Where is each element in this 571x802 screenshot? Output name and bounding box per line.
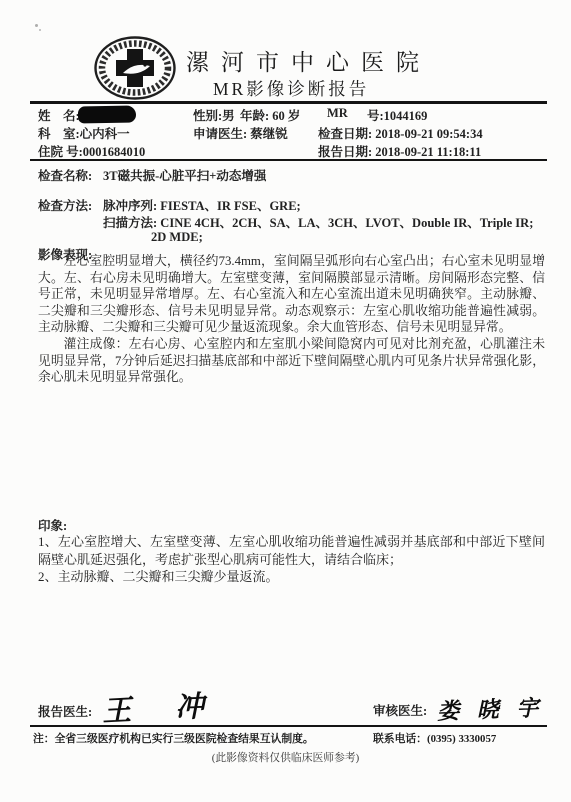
findings-paragraph-1: 左心室腔明显增大，横径约73.4mm，室间隔呈弧形向右心室凸出；右心室未见明显增…	[38, 253, 545, 336]
dept-value: 心内科一	[80, 127, 130, 141]
patient-name-label: 姓 名:	[38, 106, 80, 124]
impression-item: 2、主动脉瓣、二尖瓣和三尖瓣少量返流。	[38, 568, 545, 586]
gender-value: 男	[222, 109, 235, 123]
report-title: MR影像诊断报告	[213, 76, 369, 101]
pulse-sequence: 脉冲序列: FIESTA、IR FSE、GRE;	[103, 196, 301, 214]
exam-name-value: 3T磁共振-心脏平扫+动态增强	[103, 166, 266, 184]
phone-value: (0395) 3330057	[427, 733, 496, 745]
header-divider	[30, 101, 547, 104]
exam-name-label: 检查名称:	[38, 166, 92, 184]
exam-date-value: 2018-09-21 09:54:34	[375, 127, 482, 141]
patient-mr-number: 号:1044169	[367, 106, 427, 124]
findings-section: 左心室腔明显增大，横径约73.4mm，室间隔呈弧形向右心室凸出；右心室未见明显增…	[38, 253, 545, 386]
mr-report-page: 漯河市中心医院 MR影像诊断报告 姓 名: 性别:男 年龄: 60 岁 MR 号…	[0, 0, 571, 802]
age-value: 60	[272, 109, 285, 123]
report-date: 报告日期: 2018-09-21 11:18:11	[318, 142, 481, 160]
mr-no-label: 号:	[367, 109, 384, 123]
exam-date-label: 检查日期:	[318, 127, 372, 141]
phone-label: 联系电话：	[373, 733, 427, 745]
exam-method-label: 检查方法:	[38, 196, 92, 214]
hospital-seal-icon	[93, 35, 177, 101]
admission-value: 0001684010	[83, 145, 146, 159]
review-doctor-signature: 娄 晓 宇	[436, 691, 543, 726]
mr-label: MR	[327, 106, 348, 121]
patient-age: 年龄: 60 岁	[240, 106, 300, 124]
scan-artifact-dot	[39, 29, 41, 31]
patient-department: 科 室:心内科一	[38, 124, 130, 142]
hospital-name: 漯河市中心医院	[186, 44, 431, 77]
mr-no-value: 1044169	[384, 109, 428, 123]
impression-section: 1、左心室腔增大、左室壁变薄、左室心肌收缩功能普遍性减弱并基底部和中部近下壁间隔…	[38, 533, 545, 586]
pulse-label: 脉冲序列:	[103, 199, 157, 213]
scan-label: 扫描方法:	[103, 216, 157, 230]
scan-method: 扫描方法: CINE 4CH、2CH、SA、LA、3CH、LVOT、Double…	[103, 213, 533, 231]
report-date-value: 2018-09-21 11:18:11	[375, 145, 481, 159]
scan-method-line2: 2D MDE;	[151, 230, 203, 245]
admission-number: 住院 号:0001684010	[38, 142, 145, 160]
requesting-doctor: 申请医生: 蔡继锐	[193, 124, 288, 142]
impression-label: 印象:	[38, 516, 67, 534]
exam-date: 检查日期: 2018-09-21 09:54:34	[318, 124, 483, 142]
report-date-label: 报告日期:	[318, 145, 372, 159]
request-doctor-label: 申请医生:	[193, 127, 247, 141]
gender-label: 性别:	[193, 109, 222, 123]
pulse-value: FIESTA、IR FSE、GRE;	[160, 199, 300, 213]
impression-item: 1、左心室腔增大、左室壁变薄、左室心肌收缩功能普遍性减弱并基底部和中部近下壁间隔…	[38, 533, 545, 568]
dept-label: 科 室:	[38, 127, 80, 141]
patient-name-redacted	[78, 105, 136, 123]
footer-note: 注：全省三级医疗机构已实行三级医院检查结果互认制度。	[33, 731, 314, 746]
scan-artifact-dot	[35, 24, 38, 27]
report-doctor-label: 报告医生:	[38, 702, 92, 720]
disclaimer: (此影像资料仅供临床医师参考)	[0, 750, 571, 765]
age-label: 年龄:	[240, 109, 269, 123]
report-doctor-signature: 王 冲	[101, 683, 222, 730]
age-unit: 岁	[288, 109, 301, 123]
footer-divider	[30, 725, 547, 727]
admission-label: 住院 号:	[38, 145, 83, 159]
scan-value: CINE 4CH、2CH、SA、LA、3CH、LVOT、Double IR、Tr…	[160, 216, 533, 230]
patient-gender: 性别:男	[193, 106, 235, 124]
info-divider	[30, 159, 547, 161]
review-doctor-label: 审核医生:	[373, 701, 427, 719]
request-doctor-value: 蔡继锐	[250, 127, 288, 141]
findings-paragraph-2: 灌注成像：左右心房、心室腔内和左室肌小梁间隐窝内可见对比剂充盈，心肌灌注未见明显…	[38, 336, 545, 386]
contact-phone: 联系电话：(0395) 3330057	[373, 731, 496, 746]
